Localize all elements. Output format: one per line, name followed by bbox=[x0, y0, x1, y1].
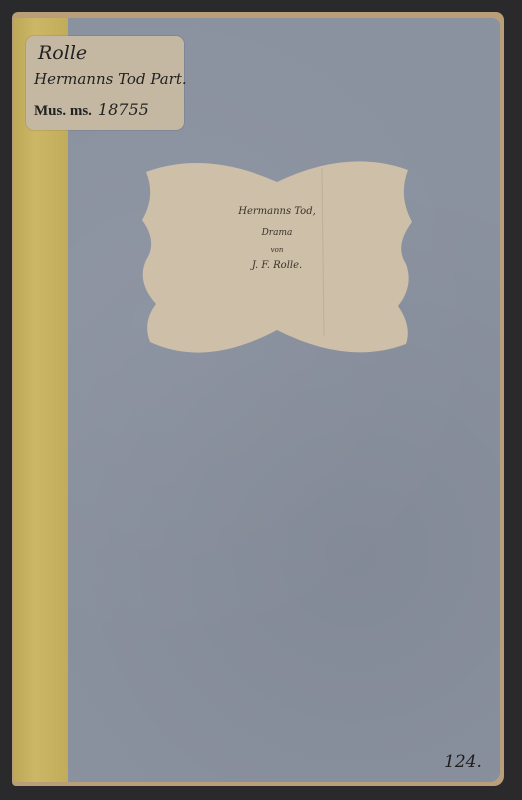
shelfmark-label: Rolle Hermanns Tod Part. Mus. ms.18755 bbox=[26, 36, 184, 130]
title-label-shape bbox=[136, 156, 418, 356]
title-line-3: von bbox=[136, 246, 418, 254]
shelfmark-prefix: Mus. ms. bbox=[34, 103, 92, 119]
title-label: Hermanns Tod, Drama von J. F. Rolle. bbox=[136, 156, 418, 356]
work-title: Hermanns Tod Part. bbox=[34, 70, 187, 88]
spine-strip bbox=[14, 18, 68, 782]
composer-name: Rolle bbox=[38, 42, 87, 64]
title-line-2: Drama bbox=[136, 228, 418, 238]
manuscript-cover bbox=[14, 18, 500, 782]
shelfmark-number: 18755 bbox=[98, 100, 149, 119]
shelfmark: Mus. ms.18755 bbox=[34, 100, 149, 120]
title-line-1: Hermanns Tod, bbox=[136, 206, 418, 217]
title-line-4: J. F. Rolle. bbox=[136, 260, 418, 271]
folio-number: 124. bbox=[444, 752, 482, 772]
